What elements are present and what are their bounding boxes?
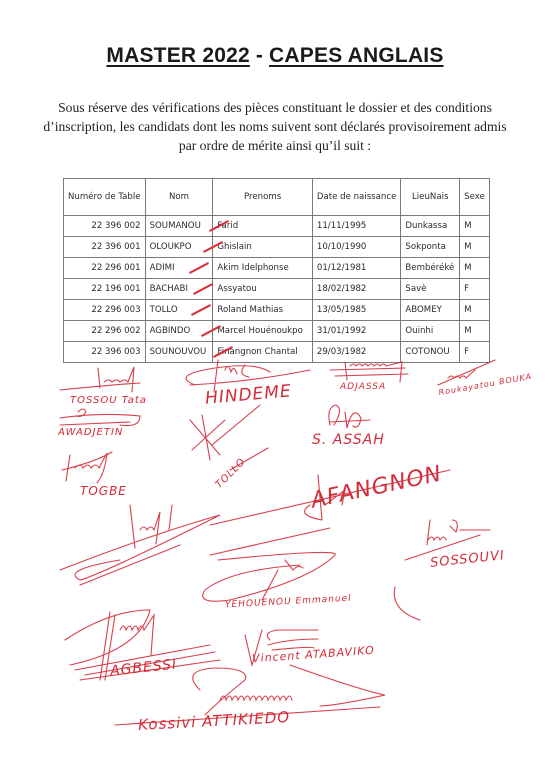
signature-scribble: [394, 587, 420, 620]
signature-scribble: [330, 362, 408, 382]
signature-scribble: [60, 515, 220, 585]
signature-name-adjassa: ADJASSA: [340, 382, 386, 392]
signature-scribble: [190, 405, 268, 470]
signature-name-assah: S. ASSAH: [312, 432, 385, 448]
signature-scribble: [329, 405, 370, 428]
signature-name-tossou: TOSSOU Tata: [70, 395, 147, 406]
signature-scribble: [60, 409, 140, 426]
signatures-area: [0, 0, 550, 763]
signature-scribble: [60, 367, 140, 392]
signature-name-awadjetin: AWADJETIN: [58, 427, 123, 438]
signature-name-togbe: TOGBE: [80, 484, 127, 498]
signature-scribble: [62, 452, 112, 483]
signature-scribble: [203, 528, 335, 601]
